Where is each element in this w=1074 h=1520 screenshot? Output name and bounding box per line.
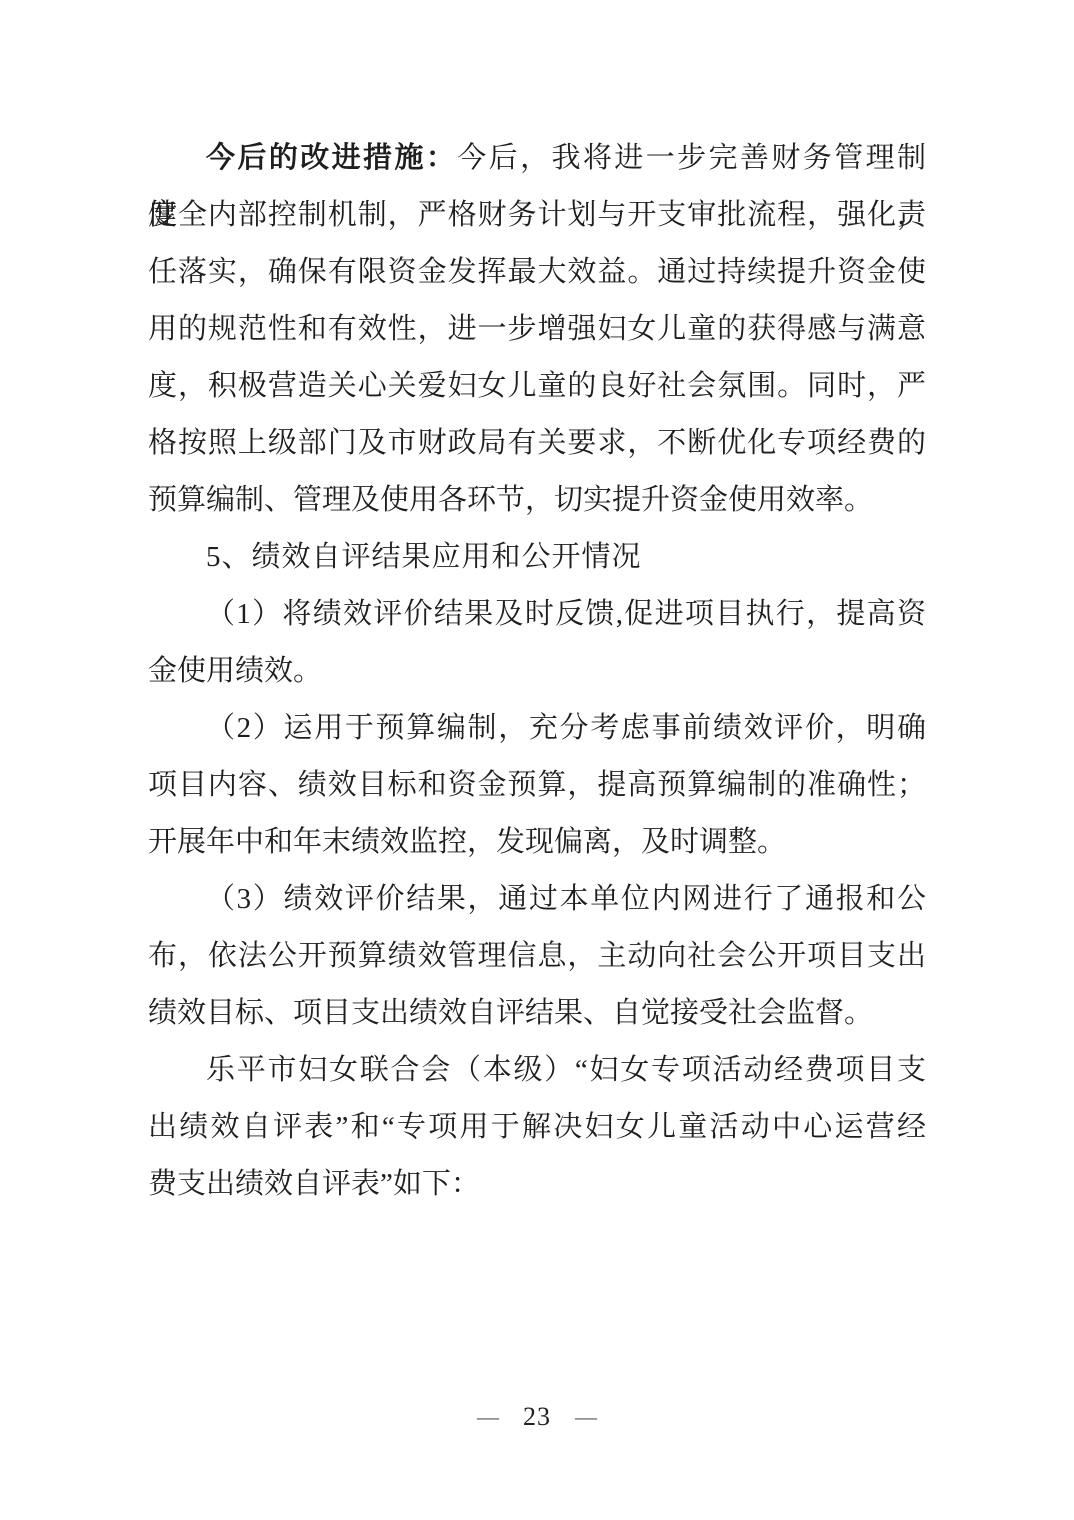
- doc-line: （3）绩效评价结果，通过本单位内网进行了通报和公: [148, 871, 926, 928]
- doc-line: 度，积极营造关心关爱妇女儿童的良好社会氛围。同时，严: [148, 358, 926, 415]
- doc-line: 预算编制、管理及使用各环节，切实提升资金使用效率。: [148, 472, 926, 529]
- doc-line: 项目内容、绩效目标和资金预算，提高预算编制的准确性；: [148, 757, 926, 814]
- page-number: 23: [523, 1402, 551, 1432]
- document-body: 今后的改进措施：今后，我将进一步完善财务管理制度， 健全内部控制机制，严格财务计…: [148, 130, 926, 1213]
- doc-line: 健全内部控制机制，严格财务计划与开支审批流程，强化责: [148, 187, 926, 244]
- footer-right-dash: —: [575, 1404, 597, 1430]
- doc-line: 任落实，确保有限资金发挥最大效益。通过持续提升资金使: [148, 244, 926, 301]
- page-footer: — 23 —: [0, 1402, 1074, 1432]
- doc-line: 今后的改进措施：今后，我将进一步完善财务管理制度，: [148, 130, 926, 187]
- footer-left-dash: —: [477, 1404, 499, 1430]
- doc-line: 格按照上级部门及市财政局有关要求，不断优化专项经费的: [148, 415, 926, 472]
- doc-line: 开展年中和年末绩效监控，发现偏离，及时调整。: [148, 814, 926, 871]
- doc-line: 乐平市妇女联合会（本级）“妇女专项活动经费项目支: [148, 1042, 926, 1099]
- doc-line: 出绩效自评表”和“专项用于解决妇女儿童活动中心运营经: [148, 1099, 926, 1156]
- doc-line: 金使用绩效。: [148, 643, 926, 700]
- paragraph-bold-lead: 今后的改进措施：: [206, 142, 457, 174]
- doc-line: （1）将绩效评价结果及时反馈,促进项目执行，提高资: [148, 586, 926, 643]
- doc-line: 用的规范性和有效性，进一步增强妇女儿童的获得感与满意: [148, 301, 926, 358]
- section-heading: 5、绩效自评结果应用和公开情况: [148, 529, 926, 586]
- doc-line: 绩效目标、项目支出绩效自评结果、自觉接受社会监督。: [148, 985, 926, 1042]
- doc-line: 布，依法公开预算绩效管理信息，主动向社会公开项目支出: [148, 928, 926, 985]
- document-page: 今后的改进措施：今后，我将进一步完善财务管理制度， 健全内部控制机制，严格财务计…: [0, 0, 1074, 1520]
- doc-line: 费支出绩效自评表”如下：: [148, 1156, 926, 1213]
- doc-line: （2）运用于预算编制，充分考虑事前绩效评价，明确: [148, 700, 926, 757]
